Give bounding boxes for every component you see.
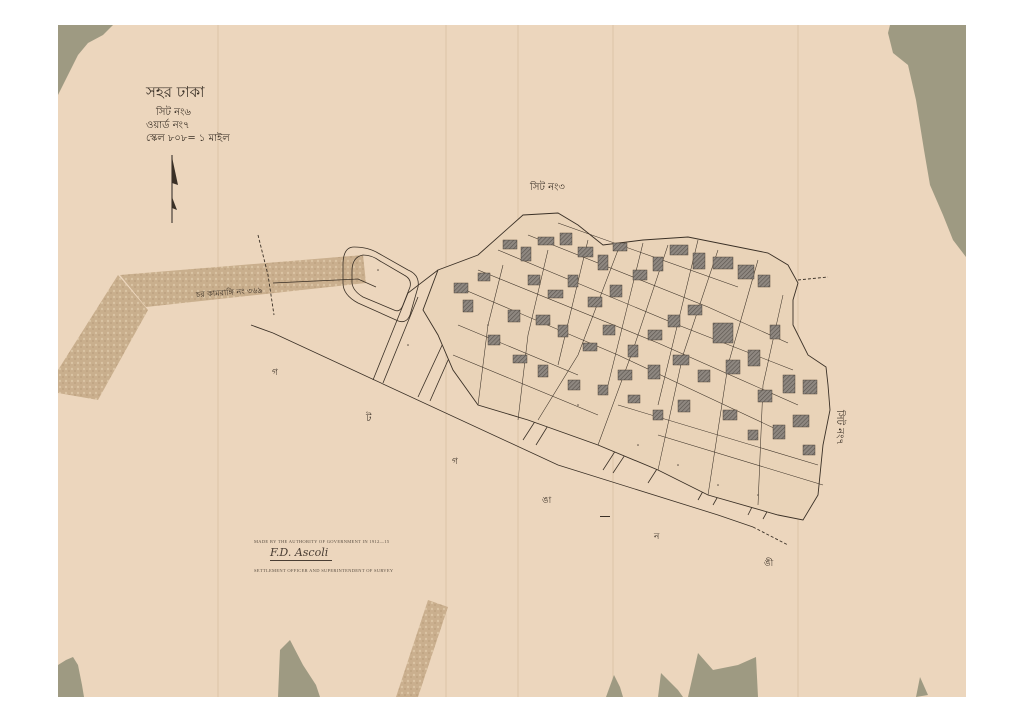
surveyor-signature: F.D. Ascoli bbox=[270, 546, 328, 559]
office-credit: SETTLEMENT OFFICER AND SUPERINTENDENT OF… bbox=[254, 568, 393, 573]
ward-number: ওয়ার্ড নং৭ bbox=[146, 119, 230, 132]
field-letter-4: ঙা bbox=[542, 493, 551, 508]
signature-underline bbox=[270, 560, 332, 561]
field-letter-5: ন bbox=[654, 529, 659, 544]
title-block: সহর ঢাকা সিট নং৬ ওয়ার্ড নং৭ স্কেল ৮০৮= … bbox=[146, 81, 230, 145]
map-sheet: সহর ঢাকা সিট নং৬ ওয়ার্ড নং৭ স্কেল ৮০৮= … bbox=[58, 25, 966, 697]
field-dash bbox=[600, 516, 610, 517]
adjacent-sheet-right-label: সিট নং৭ bbox=[830, 410, 847, 445]
scale-label: স্কেল ৮০৮= ১ মাইল bbox=[146, 132, 230, 145]
field-letter-2: ট bbox=[366, 411, 371, 428]
field-letter-6: ঙী bbox=[764, 556, 773, 571]
city-title: সহর ঢাকা bbox=[146, 81, 230, 106]
sheet-number: সিট নং৬ bbox=[146, 106, 230, 119]
field-letter-3: গ bbox=[452, 454, 458, 469]
authority-credit: MADE BY THE AUTHORITY OF GOVERNMENT IN 1… bbox=[254, 539, 389, 544]
adjacent-sheet-top-label: সিট নং৩ bbox=[530, 180, 565, 197]
field-letter-1: গ bbox=[272, 365, 278, 380]
